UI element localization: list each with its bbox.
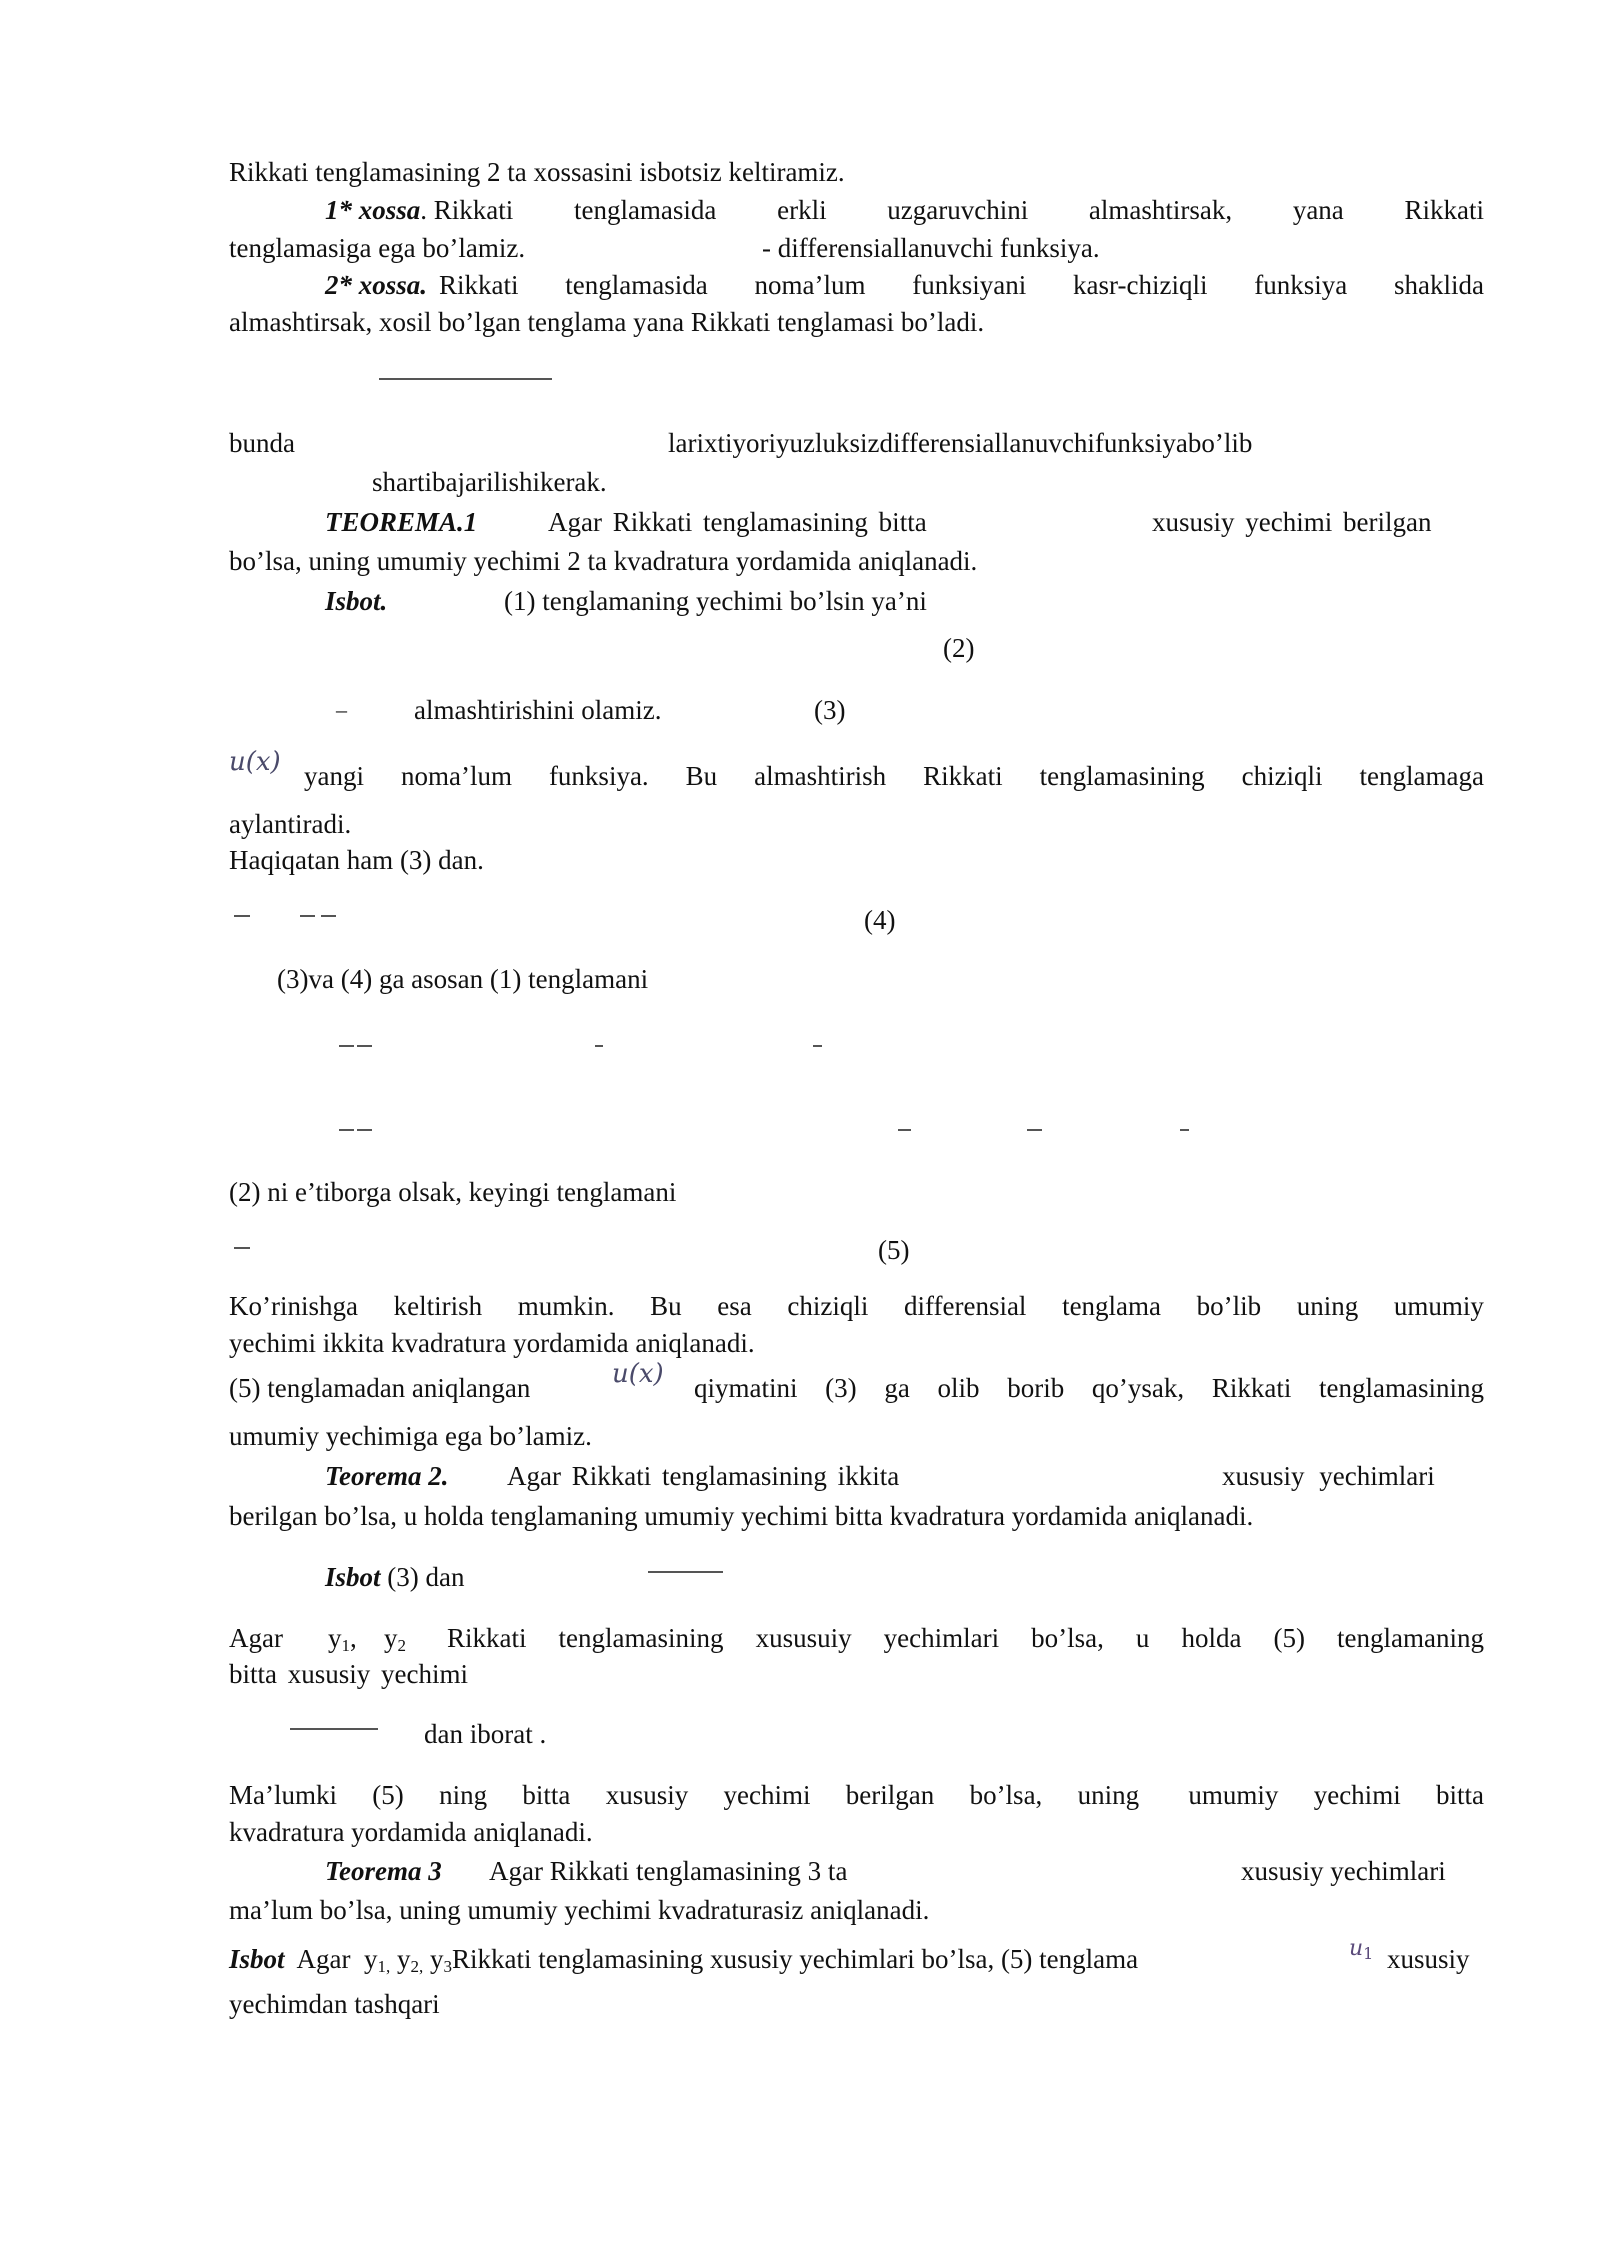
fraction-bar bbox=[321, 915, 336, 917]
theorem2-label: Teorema 2. bbox=[325, 1460, 449, 1492]
property1-line1: 1* xossa. Rikkati tenglamasida erkli uzg… bbox=[325, 194, 1484, 226]
intro-text: Rikkati tenglamasining 2 ta xossasini is… bbox=[229, 156, 845, 188]
ux-description-line2: aylantiradi. bbox=[229, 808, 351, 840]
fraction-bar bbox=[595, 1045, 603, 1047]
fraction-bar bbox=[290, 1728, 378, 1730]
fraction-bar bbox=[234, 915, 250, 917]
condition-bunda: bunda bbox=[229, 427, 295, 459]
math-u1: u1 bbox=[1349, 1936, 1373, 1961]
math-u-of-x: u(x) bbox=[612, 1358, 664, 1390]
proof2-line2: bitta xususiy yechimi bbox=[229, 1658, 468, 1690]
proof2-label: Isbot bbox=[325, 1562, 381, 1592]
proof2-iborat: dan iborat . bbox=[424, 1718, 546, 1750]
from5-text-a: (5) tenglamadan aniqlangan bbox=[229, 1372, 530, 1404]
equation-number-4: (4) bbox=[864, 904, 895, 936]
proof2-agar-rest: Rikkati tenglamasining xususuiy yechimla… bbox=[447, 1622, 1484, 1654]
theorem3-label: Teorema 3 bbox=[325, 1855, 442, 1887]
haqiqatan-text: Haqiqatan ham (3) dan. bbox=[229, 844, 484, 876]
document-page: Rikkati tenglamasining 2 ta xossasini is… bbox=[0, 0, 1600, 2262]
fraction-bar bbox=[898, 1129, 911, 1131]
theorem3-line2: ma’lum bo’lsa, uning umumiy yechimi kvad… bbox=[229, 1894, 929, 1926]
equation-number-3: (3) bbox=[814, 694, 845, 726]
property2-line2: almashtirsak, xosil bo’lgan tenglama yan… bbox=[229, 306, 984, 338]
conclusion-line2: yechimi ikkita kvadratura yordamida aniq… bbox=[229, 1327, 755, 1359]
fraction-bar bbox=[300, 915, 315, 917]
proof2-line1: Isbot (3) dan bbox=[325, 1561, 465, 1593]
theorem1-line1b: xususiy yechimi berilgan bbox=[1152, 506, 1431, 538]
math-y2: y2 bbox=[384, 1622, 406, 1654]
property1-line2b: - differensiallanuvchi funksiya. bbox=[762, 232, 1100, 264]
known-line2: kvadratura yordamida aniqlanadi. bbox=[229, 1816, 593, 1848]
theorem2-line2: berilgan bo’lsa, u holda tenglamaning um… bbox=[229, 1500, 1253, 1532]
math-y-list: y1, y2, y3 bbox=[364, 1944, 452, 1974]
fraction-bar bbox=[1180, 1129, 1189, 1131]
equation-number-5: (5) bbox=[878, 1234, 909, 1266]
proof3-line2: yechimdan tashqari bbox=[229, 1988, 440, 2020]
ux-description: yangi noma’lum funksiya. Bu almashtirish… bbox=[304, 760, 1484, 792]
from5-line2: umumiy yechimiga ega bo’lamiz. bbox=[229, 1420, 592, 1452]
based-on-text: (3)va (4) ga asosan (1) tenglamani bbox=[277, 963, 648, 995]
fraction-bar bbox=[379, 378, 552, 380]
condition-rest: larixtiyoriyuzluksizdifferensiallanuvchi… bbox=[668, 427, 1252, 459]
proof2-agar: Agar bbox=[229, 1622, 283, 1654]
math-y1: y1, bbox=[328, 1622, 357, 1654]
theorem3-line1a: Agar Rikkati tenglamasining 3 ta bbox=[489, 1855, 847, 1887]
math-u-of-x: u(x) bbox=[229, 746, 281, 778]
theorem1-line2: bo’lsa, uning umumiy yechimi 2 ta kvadra… bbox=[229, 545, 977, 577]
equation-number-2: (2) bbox=[943, 632, 974, 664]
conclusion-line1: Ko’rinishga keltirish mumkin. Bu esa chi… bbox=[229, 1290, 1484, 1322]
fraction-bar bbox=[813, 1045, 822, 1047]
proof1-label: Isbot. bbox=[325, 585, 387, 617]
fraction-bar bbox=[339, 1129, 354, 1131]
property2-line1: 2* xossa. Rikkati tenglamasida noma’lum … bbox=[325, 269, 1484, 301]
from5-text-b: qiymatini (3) ga olib borib qo’ysak, Rik… bbox=[694, 1372, 1484, 1404]
fraction-bar bbox=[1027, 1129, 1042, 1131]
theorem3-line1b: xususiy yechimlari bbox=[1241, 1855, 1446, 1887]
property2-label: 2* xossa. bbox=[325, 269, 427, 301]
theorem1-line1a: Agar Rikkati tenglamasining bitta bbox=[548, 506, 927, 538]
theorem1-label: TEOREMA.1 bbox=[325, 506, 477, 538]
considering-text: (2) ni e’tiborga olsak, keyingi tenglama… bbox=[229, 1176, 676, 1208]
fraction-bar bbox=[648, 1571, 723, 1573]
known-line1: Ma’lumki (5) ning bitta xususiy yechimi … bbox=[229, 1779, 1484, 1811]
proof3-label: Isbot bbox=[229, 1944, 285, 1974]
proof1-line1: (1) tenglamaning yechimi bo’lsin ya’ni bbox=[504, 585, 927, 617]
fraction-bar bbox=[357, 1045, 372, 1047]
theorem2-line1a: Agar Rikkati tenglamasining ikkita bbox=[507, 1460, 899, 1492]
fraction-bar bbox=[339, 1045, 354, 1047]
proof3-xususiy: xususiy bbox=[1387, 1943, 1470, 1975]
substitution-text: almashtirishini olamiz. bbox=[414, 694, 661, 726]
fraction-bar bbox=[234, 1247, 250, 1249]
property1-line2a: tenglamasiga ega bo’lamiz. bbox=[229, 232, 525, 264]
fraction-bar bbox=[357, 1129, 372, 1131]
proof3-line1: Isbot Agar y1, y2, y3Rikkati tenglamasin… bbox=[229, 1943, 1138, 1975]
minus-sign: – bbox=[336, 694, 347, 726]
property1-label: 1* xossa. Rikkati bbox=[325, 194, 513, 226]
theorem2-line1b: xususiy yechimlari bbox=[1222, 1460, 1435, 1492]
condition-line2: shartibajarilishikerak. bbox=[372, 466, 607, 498]
